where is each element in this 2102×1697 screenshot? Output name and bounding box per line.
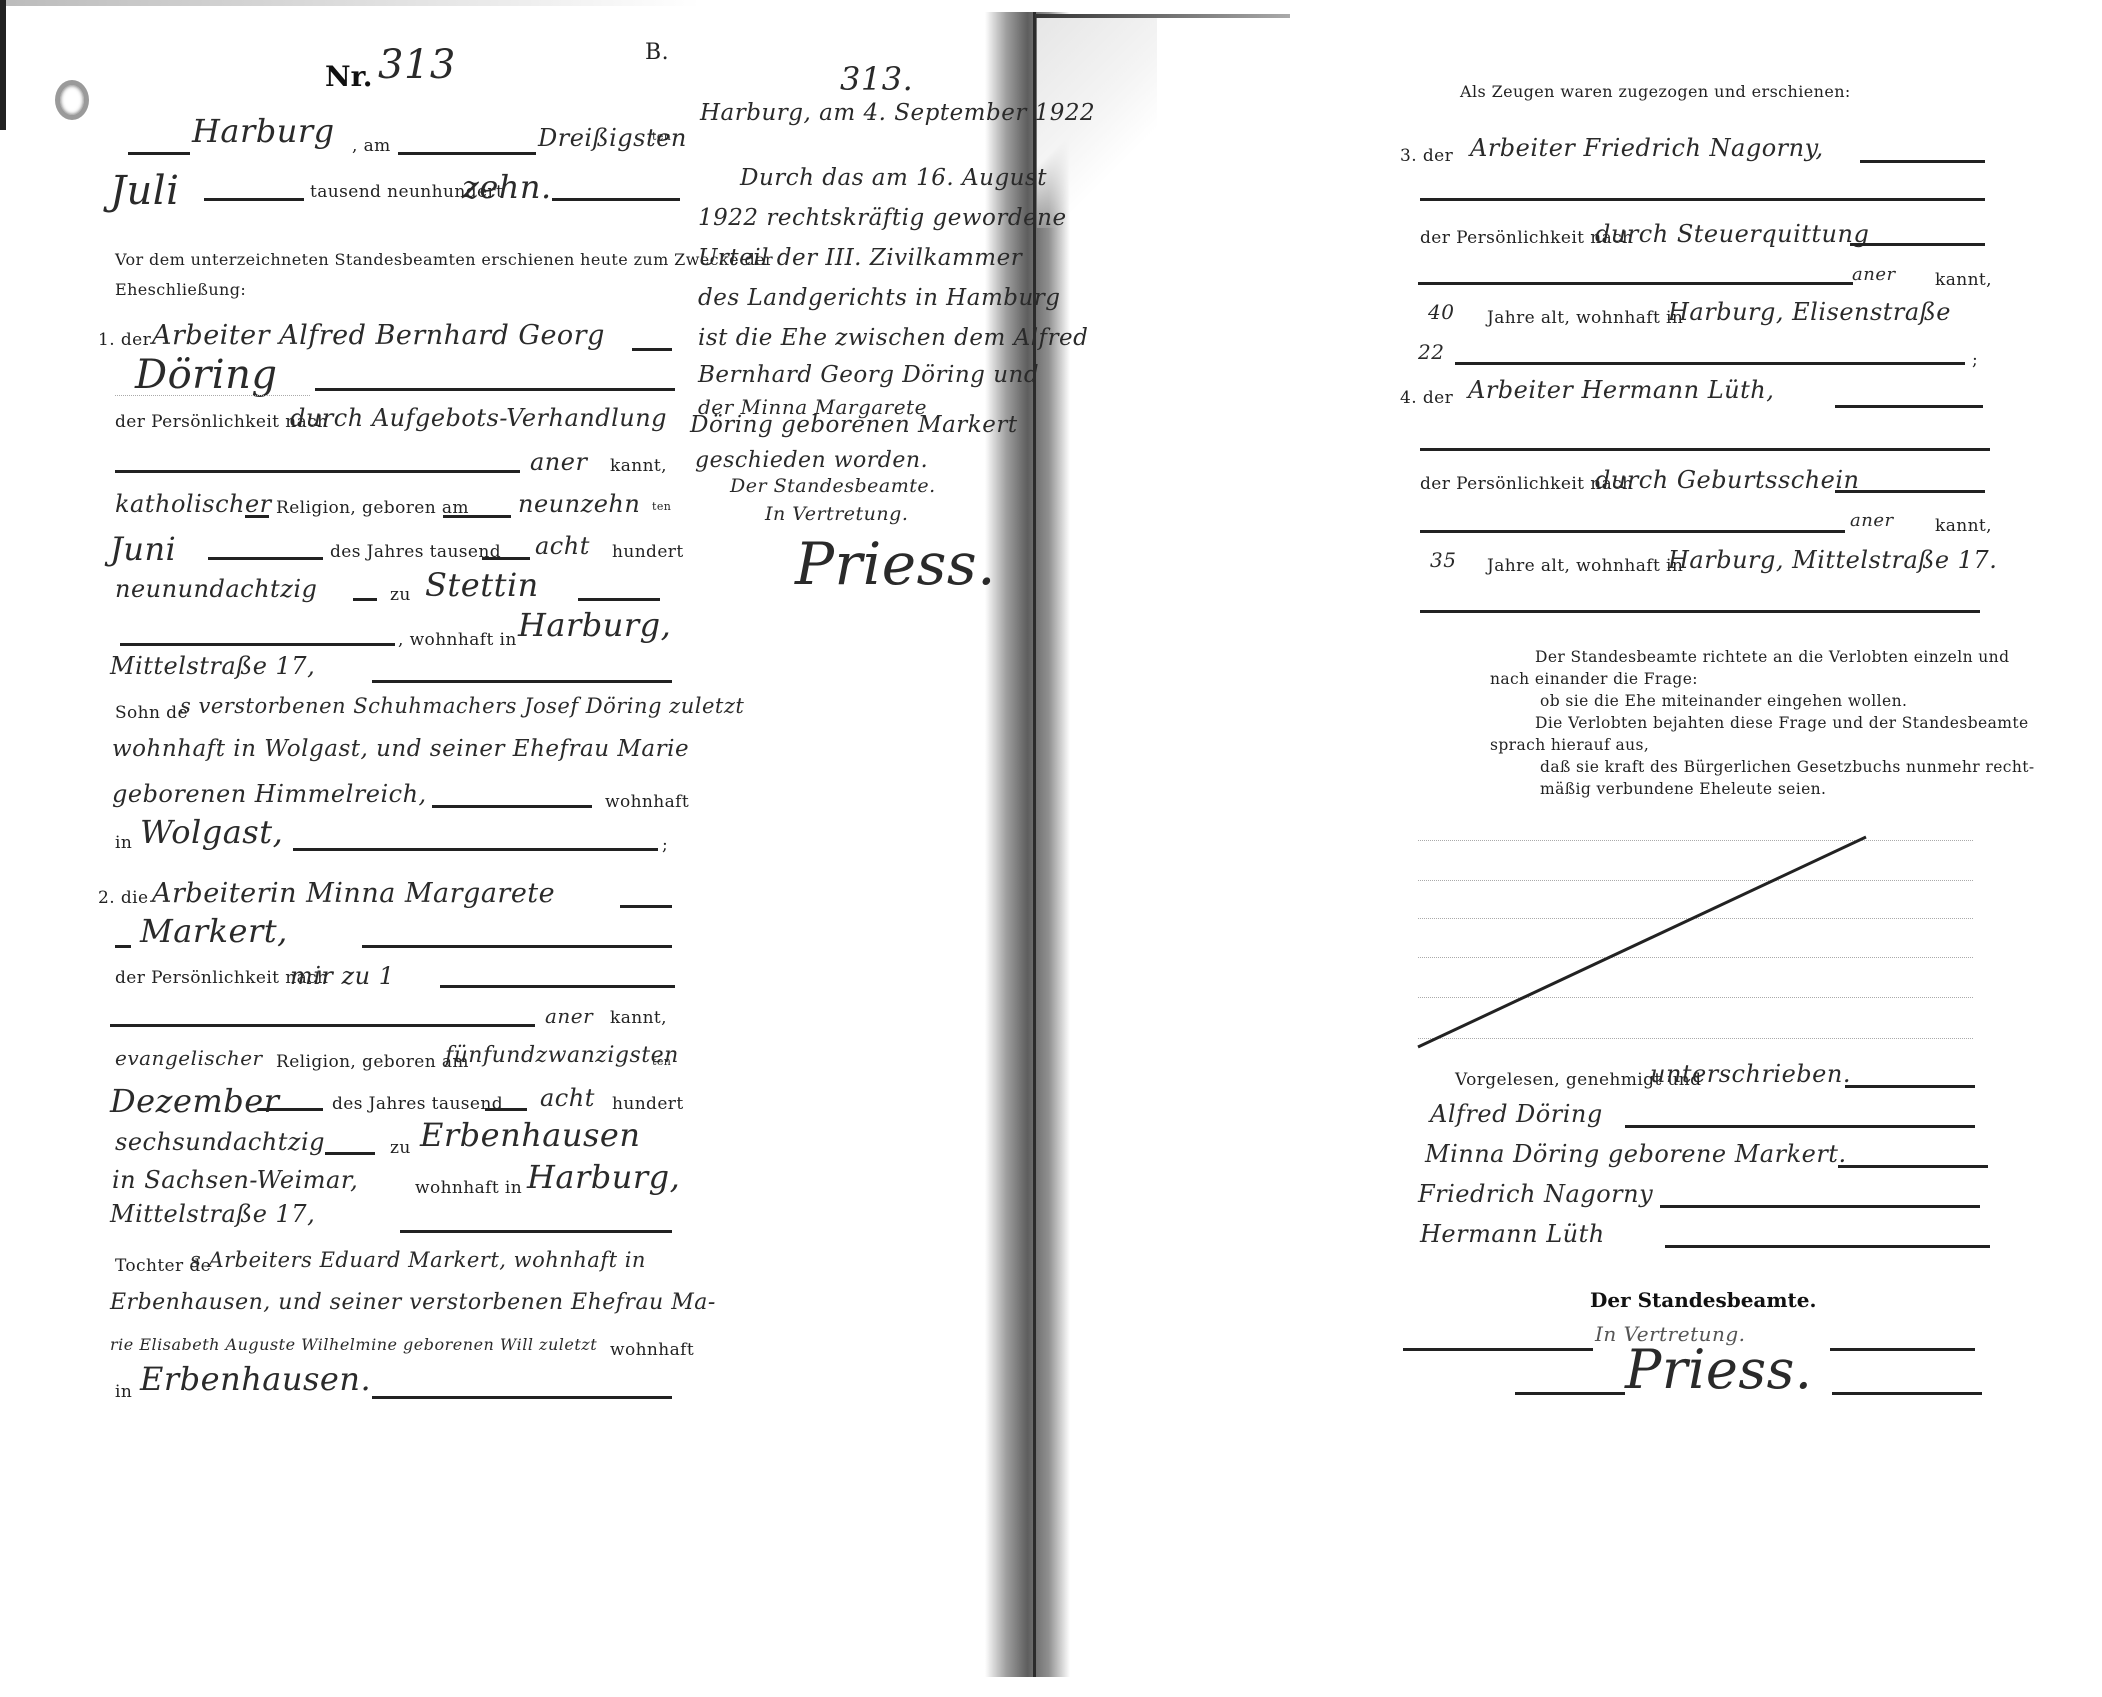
official-signature: Priess.: [1625, 1338, 1812, 1401]
approval-hand: unterschrieben.: [1650, 1060, 1851, 1088]
signature-witness-4: Hermann Lüth: [1420, 1220, 1605, 1248]
signature-bride: Minna Döring geborene Markert.: [1425, 1140, 1847, 1168]
signature-groom: Alfred Döring: [1430, 1100, 1603, 1128]
signature-witness-3: Friedrich Nagorny: [1418, 1180, 1653, 1208]
official-title: Der Standesbeamte.: [1590, 1288, 1816, 1312]
cancellation-stroke: [0, 0, 2102, 1697]
